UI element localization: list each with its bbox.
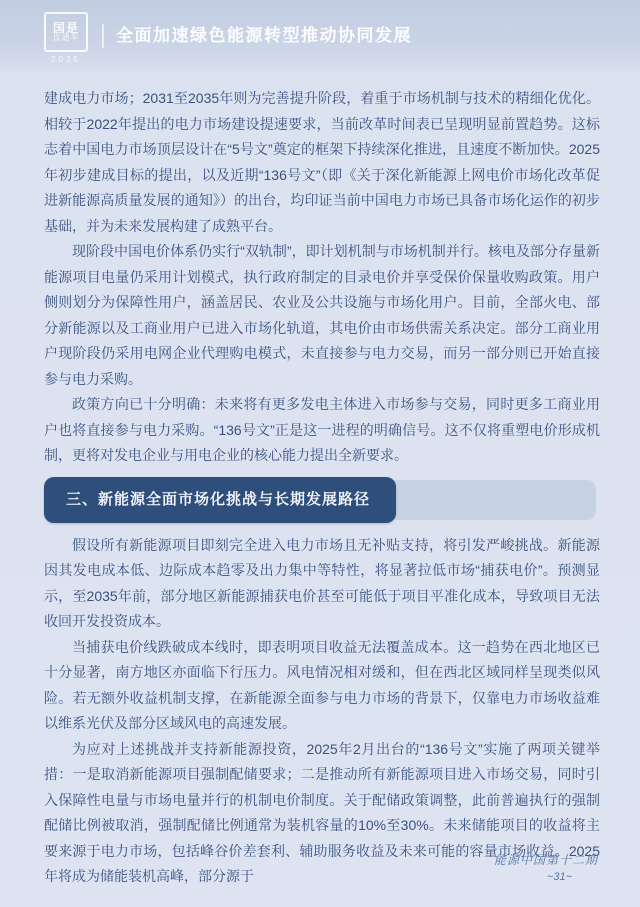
page-number: ~31~ — [494, 871, 598, 883]
section-heading-text: 三、新能源全面市场化挑战与长期发展路径 — [66, 487, 370, 513]
paragraph: 建成电力市场；2031至2035年则为完善提升阶段，着重于市场机制与技术的精细化… — [44, 86, 600, 239]
paragraph: 假设所有新能源项目即刻完全进入电力市场且无补贴支持，将引发严峻挑战。新能源因其发… — [44, 533, 600, 635]
brand-logo-box: 国是 直通车 — [44, 12, 88, 52]
running-header-title: 全面加速绿色能源转型推动协同发展 — [116, 21, 412, 46]
brand-logo-text-bottom: 直通车 — [53, 34, 80, 42]
banner-divider-line — [102, 24, 104, 48]
section-heading-pill: 三、新能源全面市场化挑战与长期发展路径 — [44, 477, 396, 523]
journal-title: 能源中国第十二期 — [494, 851, 598, 868]
section-heading: 三、新能源全面市场化挑战与长期发展路径 — [44, 477, 600, 523]
brand-logo: 国是 直通车 2025 — [44, 12, 88, 64]
paragraph: 政策方向已十分明确：未来将有更多发电主体进入市场参与交易，同时更多工商业用户也将… — [44, 392, 600, 469]
document-page: 国是 直通车 2025 全面加速绿色能源转型推动协同发展 建成电力市场；2031… — [0, 0, 640, 907]
page-header-banner: 国是 直通车 2025 全面加速绿色能源转型推动协同发展 — [0, 0, 640, 72]
brand-logo-year: 2025 — [51, 55, 81, 64]
document-body: 建成电力市场；2031至2035年则为完善提升阶段，着重于市场机制与技术的精细化… — [0, 72, 640, 890]
paragraph: 现阶段中国电价体系仍实行“双轨制”，即计划机制与市场机制并行。核电及部分存量新能… — [44, 239, 600, 392]
page-footer: 能源中国第十二期 ~31~ — [494, 851, 598, 883]
paragraph: 当捕获电价线跌破成本线时，即表明项目收益无法覆盖成本。这一趋势在西北地区已十分显… — [44, 635, 600, 737]
